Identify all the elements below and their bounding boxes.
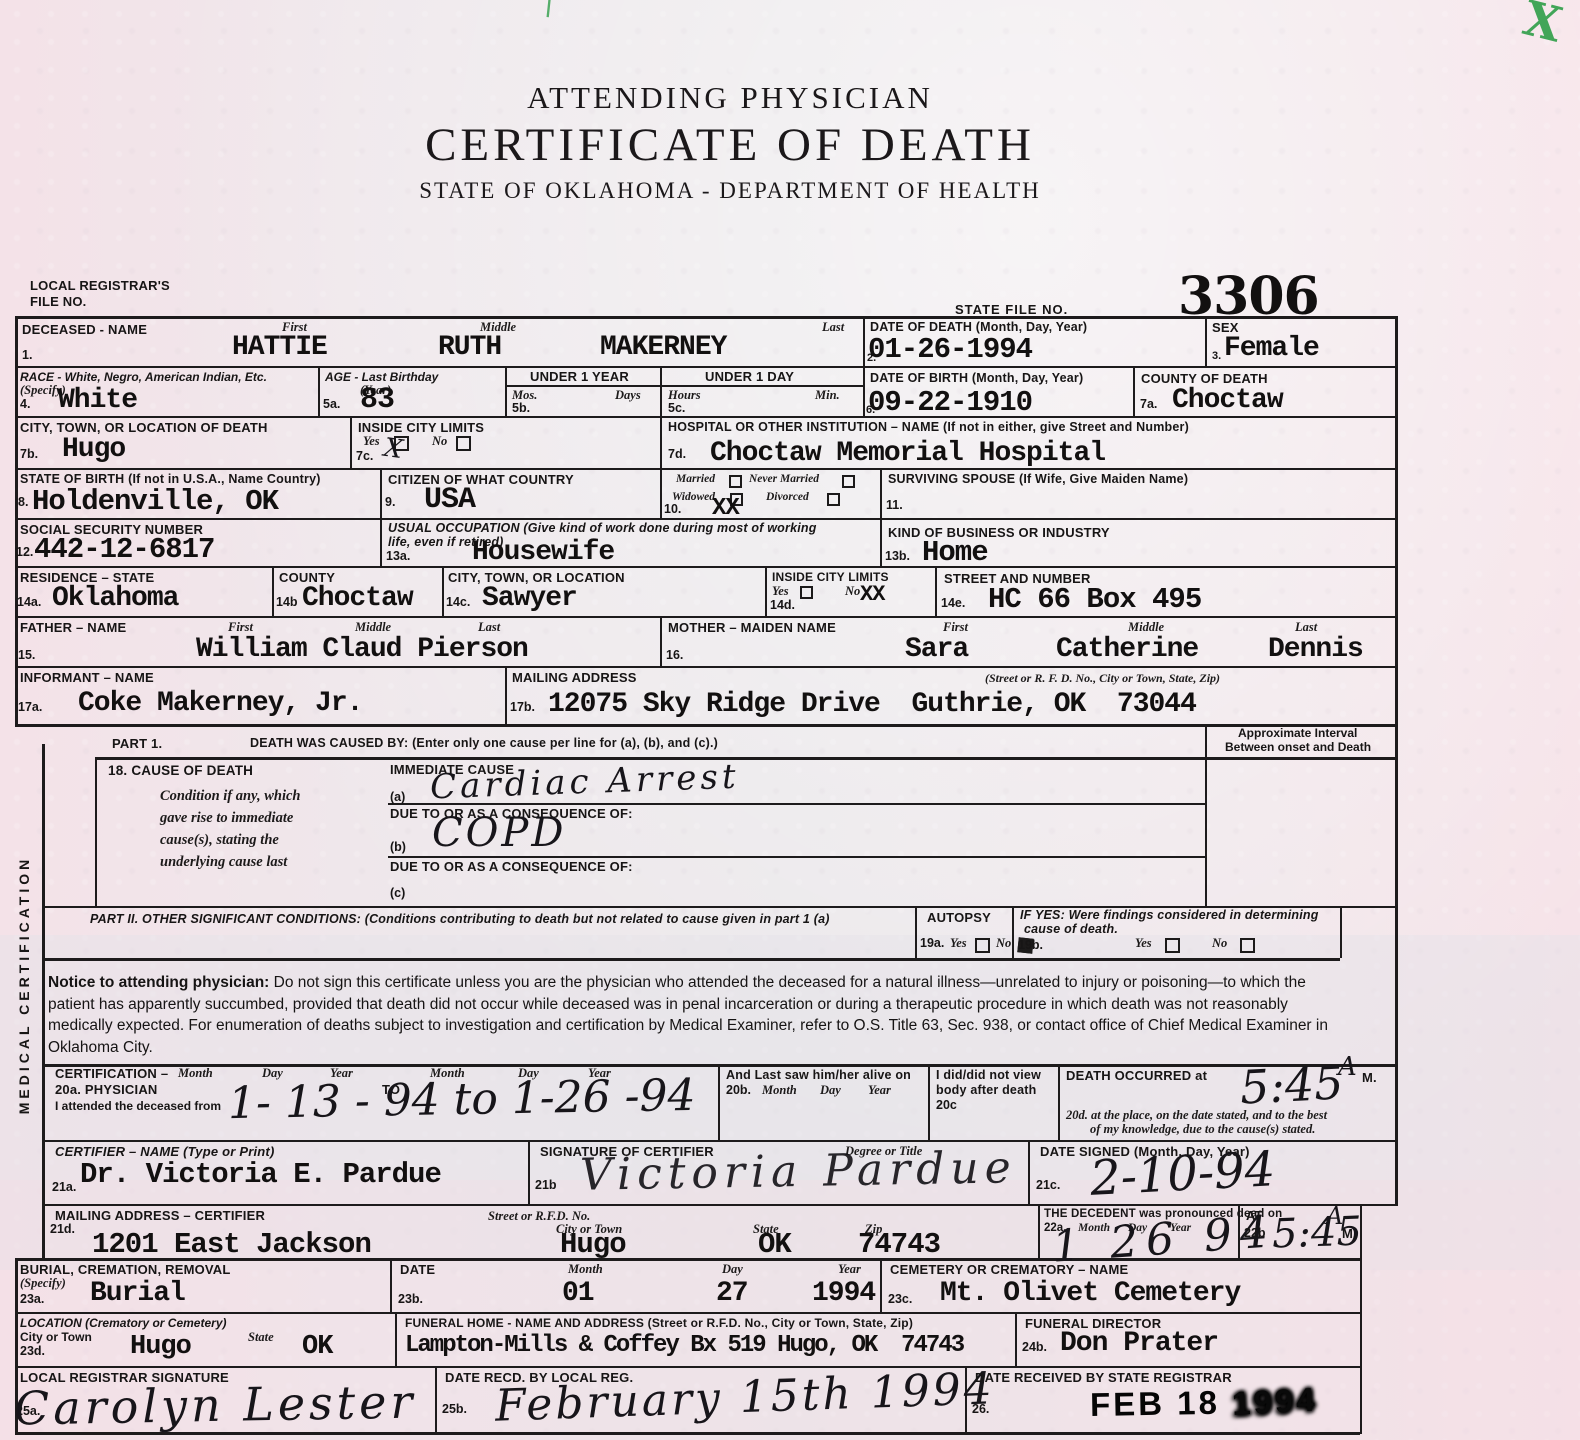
field-23c-number: 23c. (888, 1292, 912, 1306)
local-registrar-file-label: LOCAL REGISTRAR'S (30, 278, 170, 293)
ssn-value: 442-12-6817 (34, 533, 214, 566)
divorced-sublabel: Divorced (766, 491, 809, 503)
field-7b-number: 7b. (20, 447, 38, 461)
field-22b-number: 22b (1244, 1226, 1266, 1240)
last-sublabel: Last (822, 320, 844, 335)
no-checkbox (456, 436, 471, 451)
residence-county-value: Choctaw (302, 583, 413, 614)
divider-line (15, 566, 1395, 568)
father-name-value: William Claud Pierson (196, 634, 528, 665)
field-3-number: 3. (1212, 350, 1221, 362)
field-19b-number: 19b. (1018, 938, 1043, 952)
field-20c-number: 20c (936, 1098, 957, 1112)
county-of-death-label: COUNTY OF DEATH (1141, 371, 1268, 386)
registrar-signature-handwritten: Carolyn Lester (14, 1374, 417, 1435)
divider-line (442, 566, 444, 616)
certifier-name-label: CERTIFIER – NAME (Type or Print) (55, 1144, 274, 1159)
middle-sublabel: Middle (1128, 620, 1164, 635)
mailing-address-label: MAILING ADDRESS (512, 670, 637, 685)
no-sublabel: No (845, 584, 860, 599)
date-of-birth-value: 09-22-1910 (868, 386, 1032, 419)
minutes-sublabel: Min. (815, 388, 840, 403)
findings-no-checkbox (1240, 938, 1255, 953)
divider-line (42, 1140, 1395, 1142)
divider-line (95, 757, 97, 907)
last-saw-alive-label: And Last saw him/her alive on (726, 1068, 911, 1082)
residence-city-value: Sawyer (482, 583, 577, 614)
specify-sublabel: (Specify) (20, 1276, 66, 1291)
citizen-value: USA (424, 483, 475, 517)
divider-line (15, 724, 1395, 727)
deceased-first-name-value: HATTIE (232, 332, 327, 363)
certifier-zip-value: 74743 (858, 1228, 940, 1261)
autopsy-no-sublabel: No (996, 936, 1011, 951)
cause-a-letter: (a) (390, 790, 405, 804)
deceased-name-label: DECEASED - NAME (22, 322, 147, 337)
field-21c-number: 21c. (1036, 1178, 1060, 1192)
yes-sublabel: Yes (772, 584, 789, 599)
location-state-value: OK (302, 1332, 332, 1362)
field-17a-number: 17a. (18, 700, 42, 714)
age-label: AGE - Last Birthday (325, 370, 438, 384)
field-16-number: 16. (666, 648, 683, 662)
sex-value: Female (1224, 333, 1319, 364)
if-yes-label2: cause of death. (1024, 922, 1118, 936)
green-check-mark: X (1518, 0, 1568, 54)
divider-line (380, 518, 382, 566)
divider-line (1038, 1204, 1040, 1258)
divider-line (1205, 316, 1207, 366)
street-number-value: HC 66 Box 495 (988, 583, 1201, 616)
mailing-address-sublabel: (Street or R. F. D. No., City or Town, S… (985, 671, 1220, 686)
marital-status-xx-mark: XX (712, 495, 739, 522)
cemetery-label: CEMETERY OR CREMATORY – NAME (890, 1262, 1128, 1277)
stamp-year-scribbled: 1994 (1231, 1381, 1318, 1423)
divider-line (915, 906, 917, 958)
divider-line (718, 1064, 720, 1140)
field-11-number: 11. (886, 498, 903, 512)
field-7d-number: 7d. (668, 447, 686, 461)
header-line3: STATE OF OKLAHOMA - DEPARTMENT OF HEALTH (230, 178, 1230, 204)
year-sublabel: Year (838, 1262, 861, 1277)
findings-no-sublabel: No (1212, 936, 1227, 951)
occupation-value: Housewife (472, 537, 614, 568)
divider-line (15, 468, 1395, 470)
interval-label2: Between onset and Death (1225, 740, 1371, 754)
deceased-last-name-value: MAKERNEY (600, 332, 726, 363)
under-1-day-label: UNDER 1 DAY (705, 369, 794, 384)
divider-line (15, 416, 1395, 418)
married-sublabel: Married (676, 473, 715, 485)
cause-note-line3: cause(s), stating the (160, 832, 279, 849)
state-file-label: STATE FILE NO. (955, 302, 1068, 317)
cause-note-line4: underlying cause last (160, 854, 287, 871)
divider-line (15, 316, 1395, 319)
divider-line (380, 468, 382, 518)
field-13b-number: 13b. (885, 549, 910, 563)
last-sublabel: Last (1295, 620, 1317, 635)
days-sublabel: Days (615, 388, 641, 403)
cause-note-line2: gave rise to immediate (160, 810, 293, 827)
certifier-state-value: OK (758, 1228, 791, 1261)
field-23b-number: 23b. (398, 1292, 423, 1306)
age-value: 83 (360, 383, 394, 417)
cemetery-value: Mt. Olivet Cemetery (940, 1278, 1240, 1309)
last-sublabel: Last (478, 620, 500, 635)
received-date-stamp: FEB 18 1994 (1090, 1382, 1318, 1424)
field-23d-number: 23d. (20, 1344, 45, 1358)
informant-label: INFORMANT – NAME (20, 670, 154, 685)
divider-line (1133, 366, 1135, 416)
am-pm-label: M. (1342, 1226, 1357, 1241)
date-of-death-value: 01-26-1994 (868, 333, 1032, 366)
divider-line (1340, 906, 1342, 958)
field-14d-number: 14d. (770, 598, 795, 612)
field-23a-number: 23a. (20, 1292, 44, 1306)
informant-value: Coke Makerney, Jr. (78, 688, 362, 719)
death-occurred-note2: of my knowledge, due to the cause(s) sta… (1090, 1122, 1315, 1137)
date-of-death-label: DATE OF DEATH (Month, Day, Year) (870, 320, 1087, 334)
divider-line (318, 366, 320, 416)
day-sublabel: Day (820, 1083, 841, 1098)
mother-name-label: MOTHER – MAIDEN NAME (668, 620, 836, 635)
divider-line (528, 1140, 530, 1204)
pronounced-time-am-mark: A (1326, 1202, 1343, 1230)
field-19a-number: 19a. (920, 936, 944, 950)
divider-line (15, 366, 1395, 368)
attended-label: I attended the deceased from (55, 1099, 221, 1113)
cause-c-letter: (c) (390, 886, 405, 900)
field-7c-number: 7c. (356, 449, 373, 463)
date-received-state-label: DATE RECEIVED BY STATE REGISTRAR (975, 1370, 1232, 1385)
burial-day-value: 27 (716, 1278, 748, 1309)
divider-line (435, 1366, 437, 1432)
cause-b-underline (388, 856, 1205, 858)
field-14e-number: 14e. (941, 596, 965, 610)
first-sublabel: First (943, 620, 968, 635)
certification-label: CERTIFICATION – (55, 1066, 168, 1081)
divider-line (1012, 906, 1014, 958)
divorced-checkbox (827, 493, 840, 506)
field-14a-number: 14a. (17, 595, 41, 609)
divider-line (95, 757, 1395, 760)
yes-checkbox (800, 586, 813, 599)
funeral-director-value: Don Prater (1060, 1328, 1218, 1359)
citizen-label: CITIZEN OF WHAT COUNTRY (388, 472, 574, 487)
field-5a-number: 5a. (323, 397, 340, 411)
divider-line (880, 518, 882, 566)
divider-line (15, 316, 18, 726)
married-checkbox (729, 475, 742, 488)
never-married-sublabel: Never Married (749, 473, 819, 485)
divider-line (1395, 316, 1398, 1206)
field-24b-number: 24b. (1022, 1340, 1047, 1354)
divider-line (1058, 1064, 1060, 1140)
divider-line (505, 666, 507, 724)
divider-line (660, 616, 662, 666)
findings-yes-sublabel: Yes (1135, 936, 1152, 951)
death-time-am-mark: A (1338, 1052, 1357, 1082)
city-or-town-sublabel: City or Town (20, 1330, 92, 1344)
interval-label1: Approximate Interval (1238, 726, 1357, 740)
divider-line (660, 416, 662, 468)
month-sublabel: Month (762, 1083, 797, 1098)
field-7a-number: 7a. (1140, 397, 1157, 411)
divider-line (350, 416, 352, 468)
death-caused-by-label: DEATH WAS CAUSED BY: (Enter only one cau… (250, 736, 718, 750)
divider-line (15, 1432, 1360, 1435)
burial-value: Burial (90, 1278, 185, 1309)
under-1-year-label: UNDER 1 YEAR (530, 369, 629, 384)
field-14c-number: 14c. (446, 595, 470, 609)
divider-line (272, 566, 274, 616)
business-value: Home (922, 536, 988, 569)
notice-lead: Notice to attending physician: (48, 974, 269, 991)
certifier-street-value: 1201 East Jackson (92, 1228, 371, 1261)
field-9-number: 9. (385, 495, 395, 509)
view-body-label1: I did/did not view (936, 1068, 1041, 1082)
burial-cremation-label: BURIAL, CREMATION, REMOVAL (20, 1262, 231, 1277)
divider-line (15, 518, 1395, 520)
cause-b-letter: (b) (390, 840, 406, 854)
father-name-label: FATHER – NAME (20, 620, 126, 635)
location-label: LOCATION (Crematory or Cemetery) (20, 1316, 226, 1330)
death-certificate-document: X | ATTENDING PHYSICIAN CERTIFICATE OF D… (0, 0, 1580, 1440)
burial-date-label: DATE (400, 1262, 435, 1277)
state-of-birth-label: STATE OF BIRTH (If not in U.S.A., Name C… (20, 472, 321, 486)
hospital-label: HOSPITAL OR OTHER INSTITUTION – NAME (If… (668, 420, 1189, 434)
no-sublabel: No (432, 434, 447, 449)
am-pm-label: M. (1362, 1070, 1377, 1085)
field-15-number: 15. (18, 648, 35, 662)
field-12-number: 12. (16, 545, 33, 559)
hospital-value: Choctaw Memorial Hospital (710, 438, 1105, 469)
findings-yes-checkbox (1165, 938, 1180, 953)
mailing-address-certifier-label: MAILING ADDRESS – CERTIFIER (55, 1208, 265, 1223)
residence-state-value: Oklahoma (52, 583, 178, 614)
field-14b-number: 14b (276, 595, 298, 609)
field-21a-number: 21a. (52, 1180, 76, 1194)
field-21b-number: 21b (535, 1178, 557, 1192)
field-4-number: 4. (20, 397, 30, 411)
header-line1: ATTENDING PHYSICIAN (230, 80, 1230, 116)
state-sublabel: State (248, 1330, 274, 1345)
green-tick-mark: | (544, 0, 555, 18)
divider-line (863, 316, 865, 418)
field-17b-number: 17b. (510, 700, 535, 714)
document-header: ATTENDING PHYSICIAN CERTIFICATE OF DEATH… (230, 80, 1230, 204)
deceased-middle-name-value: RUTH (438, 332, 501, 363)
inside-city-limits-x-mark: X (382, 433, 405, 465)
local-registrar-file-label2: FILE NO. (30, 294, 87, 309)
date-of-birth-label: DATE OF BIRTH (Month, Day, Year) (870, 371, 1083, 385)
divider-line (15, 616, 1395, 618)
divider-line (42, 958, 1340, 961)
divider-line (42, 1204, 1395, 1206)
divider-line (505, 366, 507, 416)
field-20b-number: 20b. (726, 1083, 751, 1097)
cause-of-death-label: 18. CAUSE OF DEATH (108, 763, 253, 778)
city-of-death-value: Hugo (62, 434, 125, 465)
funeral-home-label: FUNERAL HOME - NAME AND ADDRESS (Street … (405, 1316, 913, 1330)
divider-line (15, 666, 1395, 668)
field-10-number: 10. (664, 502, 681, 516)
death-occurred-note1: 20d. at the place, on the date stated, a… (1066, 1108, 1327, 1123)
mother-last-name-value: Dennis (1268, 634, 1363, 665)
burial-month-value: 01 (562, 1278, 594, 1309)
field-1-number: 1. (22, 348, 32, 362)
first-sublabel: First (228, 620, 253, 635)
medical-certification-vertical-label: MEDICAL CERTIFICATION (16, 856, 32, 1114)
notice-to-physician-paragraph: Notice to attending physician: Do not si… (48, 972, 1353, 1058)
divider-line (395, 1312, 397, 1366)
view-body-label2: body after death (936, 1083, 1036, 1097)
month-sublabel: Month (568, 1262, 603, 1277)
if-yes-label1: IF YES: Were findings considered in dete… (1020, 908, 1319, 922)
death-occurred-label: DEATH OCCURRED at (1066, 1068, 1207, 1083)
physician-label: 20a. PHYSICIAN (55, 1082, 158, 1097)
date-signed-handwritten: 2-10-94 (1089, 1141, 1277, 1207)
inside-city-limits-death-label: INSIDE CITY LIMITS (358, 420, 484, 435)
part1-label: PART 1. (112, 736, 162, 751)
due-to-label2: DUE TO OR AS A CONSEQUENCE OF: (390, 859, 633, 874)
location-city-value: Hugo (130, 1332, 191, 1362)
certifier-signature-handwritten: Victoria Pardue (580, 1142, 1017, 1201)
at-label: AT (1246, 1208, 1263, 1223)
surviving-spouse-label: SURVIVING SPOUSE (If Wife, Give Maiden N… (888, 472, 1188, 486)
divider-line (15, 1312, 1360, 1314)
mother-middle-name-value: Catherine (1056, 634, 1198, 665)
mailing-address-value: 12075 Sky Ridge Drive Guthrie, OK 73044 (548, 689, 1196, 720)
residence-limits-xx-mark: XX (860, 582, 884, 607)
stamp-date: FEB 18 (1090, 1384, 1221, 1423)
occupation-label: USUAL OCCUPATION (Give kind of work done… (388, 521, 817, 535)
death-time-handwritten: 5:45 (1239, 1055, 1345, 1114)
divider-line (1028, 1140, 1030, 1204)
yes-sublabel: Yes (363, 434, 380, 449)
divider-line (390, 1258, 392, 1312)
autopsy-label: AUTOPSY (927, 910, 991, 925)
divider-line (15, 1366, 1360, 1368)
document-title: CERTIFICATE OF DEATH (230, 118, 1230, 172)
month-sublabel: Month (178, 1066, 213, 1081)
field-26-number: 26. (972, 1402, 989, 1416)
race-value: White (58, 385, 137, 416)
field-5c-number: 5c. (668, 401, 685, 415)
part2-label: PART II. OTHER SIGNIFICANT CONDITIONS: (… (90, 912, 830, 926)
year-sublabel: Year (868, 1083, 891, 1098)
cause-b-handwritten-value: COPD (432, 810, 566, 856)
field-13a-number: 13a. (386, 549, 410, 563)
autopsy-yes-checkbox (975, 938, 990, 953)
field-5b-number: 5b. (512, 401, 530, 415)
city-of-death-label: CITY, TOWN, OR LOCATION OF DEATH (20, 420, 268, 435)
divider-line (505, 385, 863, 387)
field-25b-number: 25b. (442, 1402, 467, 1416)
field-21d-number: 21d. (50, 1222, 75, 1236)
divider-line (935, 566, 937, 616)
divider-line (660, 366, 662, 416)
divider-line (660, 468, 662, 518)
race-label: RACE - White, Negro, American Indian, Et… (20, 370, 267, 384)
divider-line (765, 566, 767, 616)
burial-year-value: 1994 (812, 1278, 875, 1309)
divider-line (880, 468, 882, 518)
state-of-birth-value: Holdenville, OK (32, 485, 278, 518)
divider-line (1015, 1312, 1017, 1366)
divider-line (928, 1064, 930, 1140)
field-8-number: 8. (18, 495, 28, 509)
certifier-city-value: Hugo (560, 1228, 626, 1261)
day-sublabel: Day (722, 1262, 743, 1277)
middle-sublabel: Middle (355, 620, 391, 635)
mother-first-name-value: Sara (905, 634, 968, 665)
divider-line (42, 744, 45, 1260)
attended-dates-handwritten: 1- 13 - 94 to 1-26 -94 (228, 1070, 696, 1129)
divider-line (880, 1258, 882, 1312)
funeral-home-value: Lampton-Mills & Coffey Bx 519 Hugo, OK 7… (405, 1332, 963, 1359)
never-married-checkbox (842, 475, 855, 488)
autopsy-yes-sublabel: Yes (950, 936, 967, 951)
cause-note-line1: Condition if any, which (160, 788, 300, 805)
divider-line (1205, 724, 1207, 906)
county-of-death-value: Choctaw (1172, 385, 1283, 416)
certifier-name-value: Dr. Victoria E. Pardue (80, 1158, 441, 1191)
